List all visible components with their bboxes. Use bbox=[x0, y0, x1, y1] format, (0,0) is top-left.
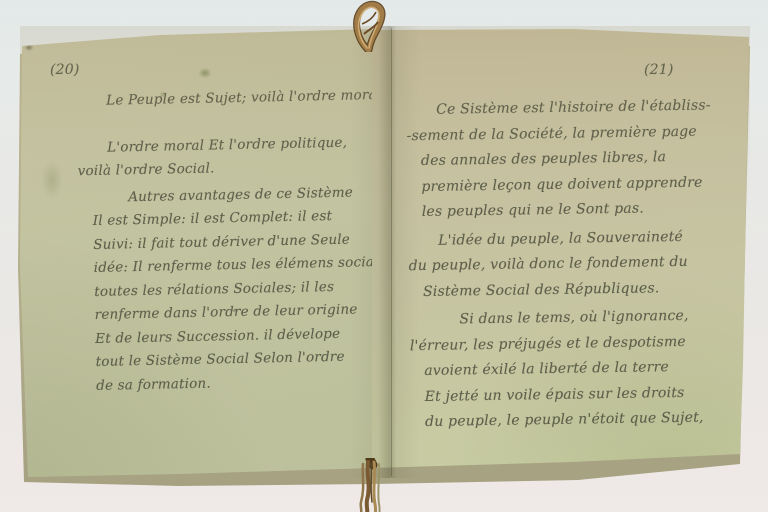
manuscript-line: du peuple, le peuple n'étoit que Sujet, bbox=[425, 405, 755, 436]
photo-background: (20) Le Peuple est Sujet; voilà l'ordre … bbox=[0, 0, 768, 512]
manuscript-text-left: Le Peuple est Sujet; voilà l'ordre moral… bbox=[90, 84, 396, 398]
manuscript-page-left: (20) Le Peuple est Sujet; voilà l'ordre … bbox=[20, 26, 372, 478]
manuscript-text-right: Ce Sistème est l'histoire de l'établiss-… bbox=[420, 93, 755, 436]
page-number-left: (20) bbox=[50, 62, 80, 78]
manuscript-line: Le Peuple est Sujet; voilà l'ordre moral… bbox=[90, 84, 390, 114]
manuscript-page-right: (21) Ce Sistème est l'histoire de l'étab… bbox=[372, 26, 750, 478]
page-number-right: (21) bbox=[644, 62, 674, 78]
manuscript-line: première leçon que doivent apprendre bbox=[421, 169, 751, 200]
manuscript-book: (20) Le Peuple est Sujet; voilà l'ordre … bbox=[20, 26, 750, 478]
ink-stain bbox=[38, 156, 66, 204]
manuscript-line: Ce Sistème est l'histoire de l'établiss- bbox=[420, 93, 750, 124]
twine-tassel bbox=[346, 458, 396, 512]
gutter-line bbox=[391, 28, 392, 476]
ink-stain bbox=[23, 43, 35, 52]
ink-stain bbox=[196, 66, 214, 80]
manuscript-line: les peuples qui ne le Sont pas. bbox=[422, 195, 752, 226]
manuscript-line: Sistème Social des Républiques. bbox=[423, 274, 753, 305]
twine-knot bbox=[338, 0, 408, 52]
